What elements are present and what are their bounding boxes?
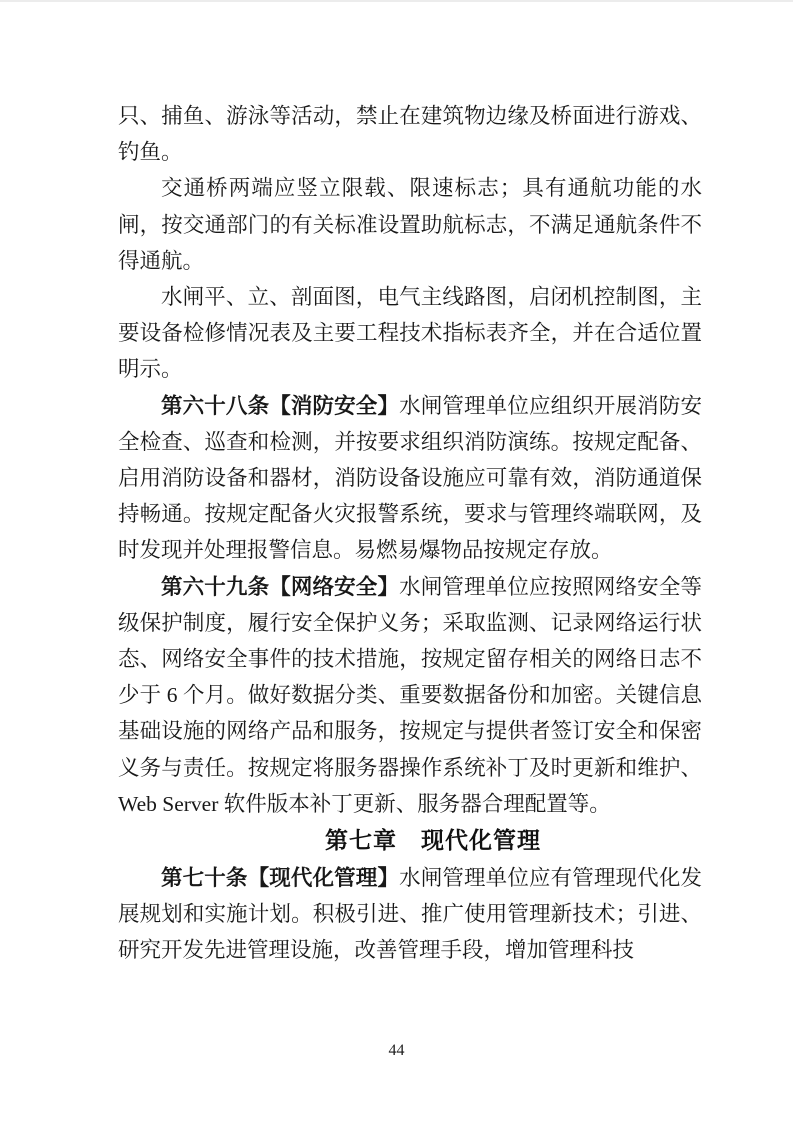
chapter-7-heading: 第七章 现代化管理 <box>118 822 702 860</box>
article-70-title: 第七十条【现代化管理】 <box>161 866 399 890</box>
paragraph-traffic-bridge: 交通桥两端应竖立限载、限速标志；具有通航功能的水闸，按交通部门的有关标准设置助航… <box>118 170 702 279</box>
page-number: 44 <box>0 1042 793 1060</box>
document-text-body: 只、捕鱼、游泳等活动，禁止在建筑物边缘及桥面进行游戏、钓鱼。 交通桥两端应竖立限… <box>118 98 702 969</box>
paragraph-article-68: 第六十八条【消防安全】水闸管理单位应组织开展消防安全检查、巡查和检测，并按要求组… <box>118 388 702 569</box>
article-68-title: 第六十八条【消防安全】 <box>161 394 399 418</box>
article-69-body: 水闸管理单位应按照网络安全等级保护制度，履行安全保护义务；采取监测、记录网络运行… <box>118 575 702 816</box>
article-69-title: 第六十九条【网络安全】 <box>161 575 399 599</box>
paragraph-continuation: 只、捕鱼、游泳等活动，禁止在建筑物边缘及桥面进行游戏、钓鱼。 <box>118 98 702 170</box>
paragraph-article-69: 第六十九条【网络安全】水闸管理单位应按照网络安全等级保护制度，履行安全保护义务；… <box>118 569 702 822</box>
paragraph-article-70: 第七十条【现代化管理】水闸管理单位应有管理现代化发展规划和实施计划。积极引进、推… <box>118 860 702 969</box>
article-68-body: 水闸管理单位应组织开展消防安全检查、巡查和检测，并按要求组织消防演练。按规定配备… <box>118 394 702 563</box>
document-page: 只、捕鱼、游泳等活动，禁止在建筑物边缘及桥面进行游戏、钓鱼。 交通桥两端应竖立限… <box>0 0 793 1122</box>
paragraph-drawings-charts: 水闸平、立、剖面图，电气主线路图，启闭机控制图，主要设备检修情况表及主要工程技术… <box>118 279 702 388</box>
